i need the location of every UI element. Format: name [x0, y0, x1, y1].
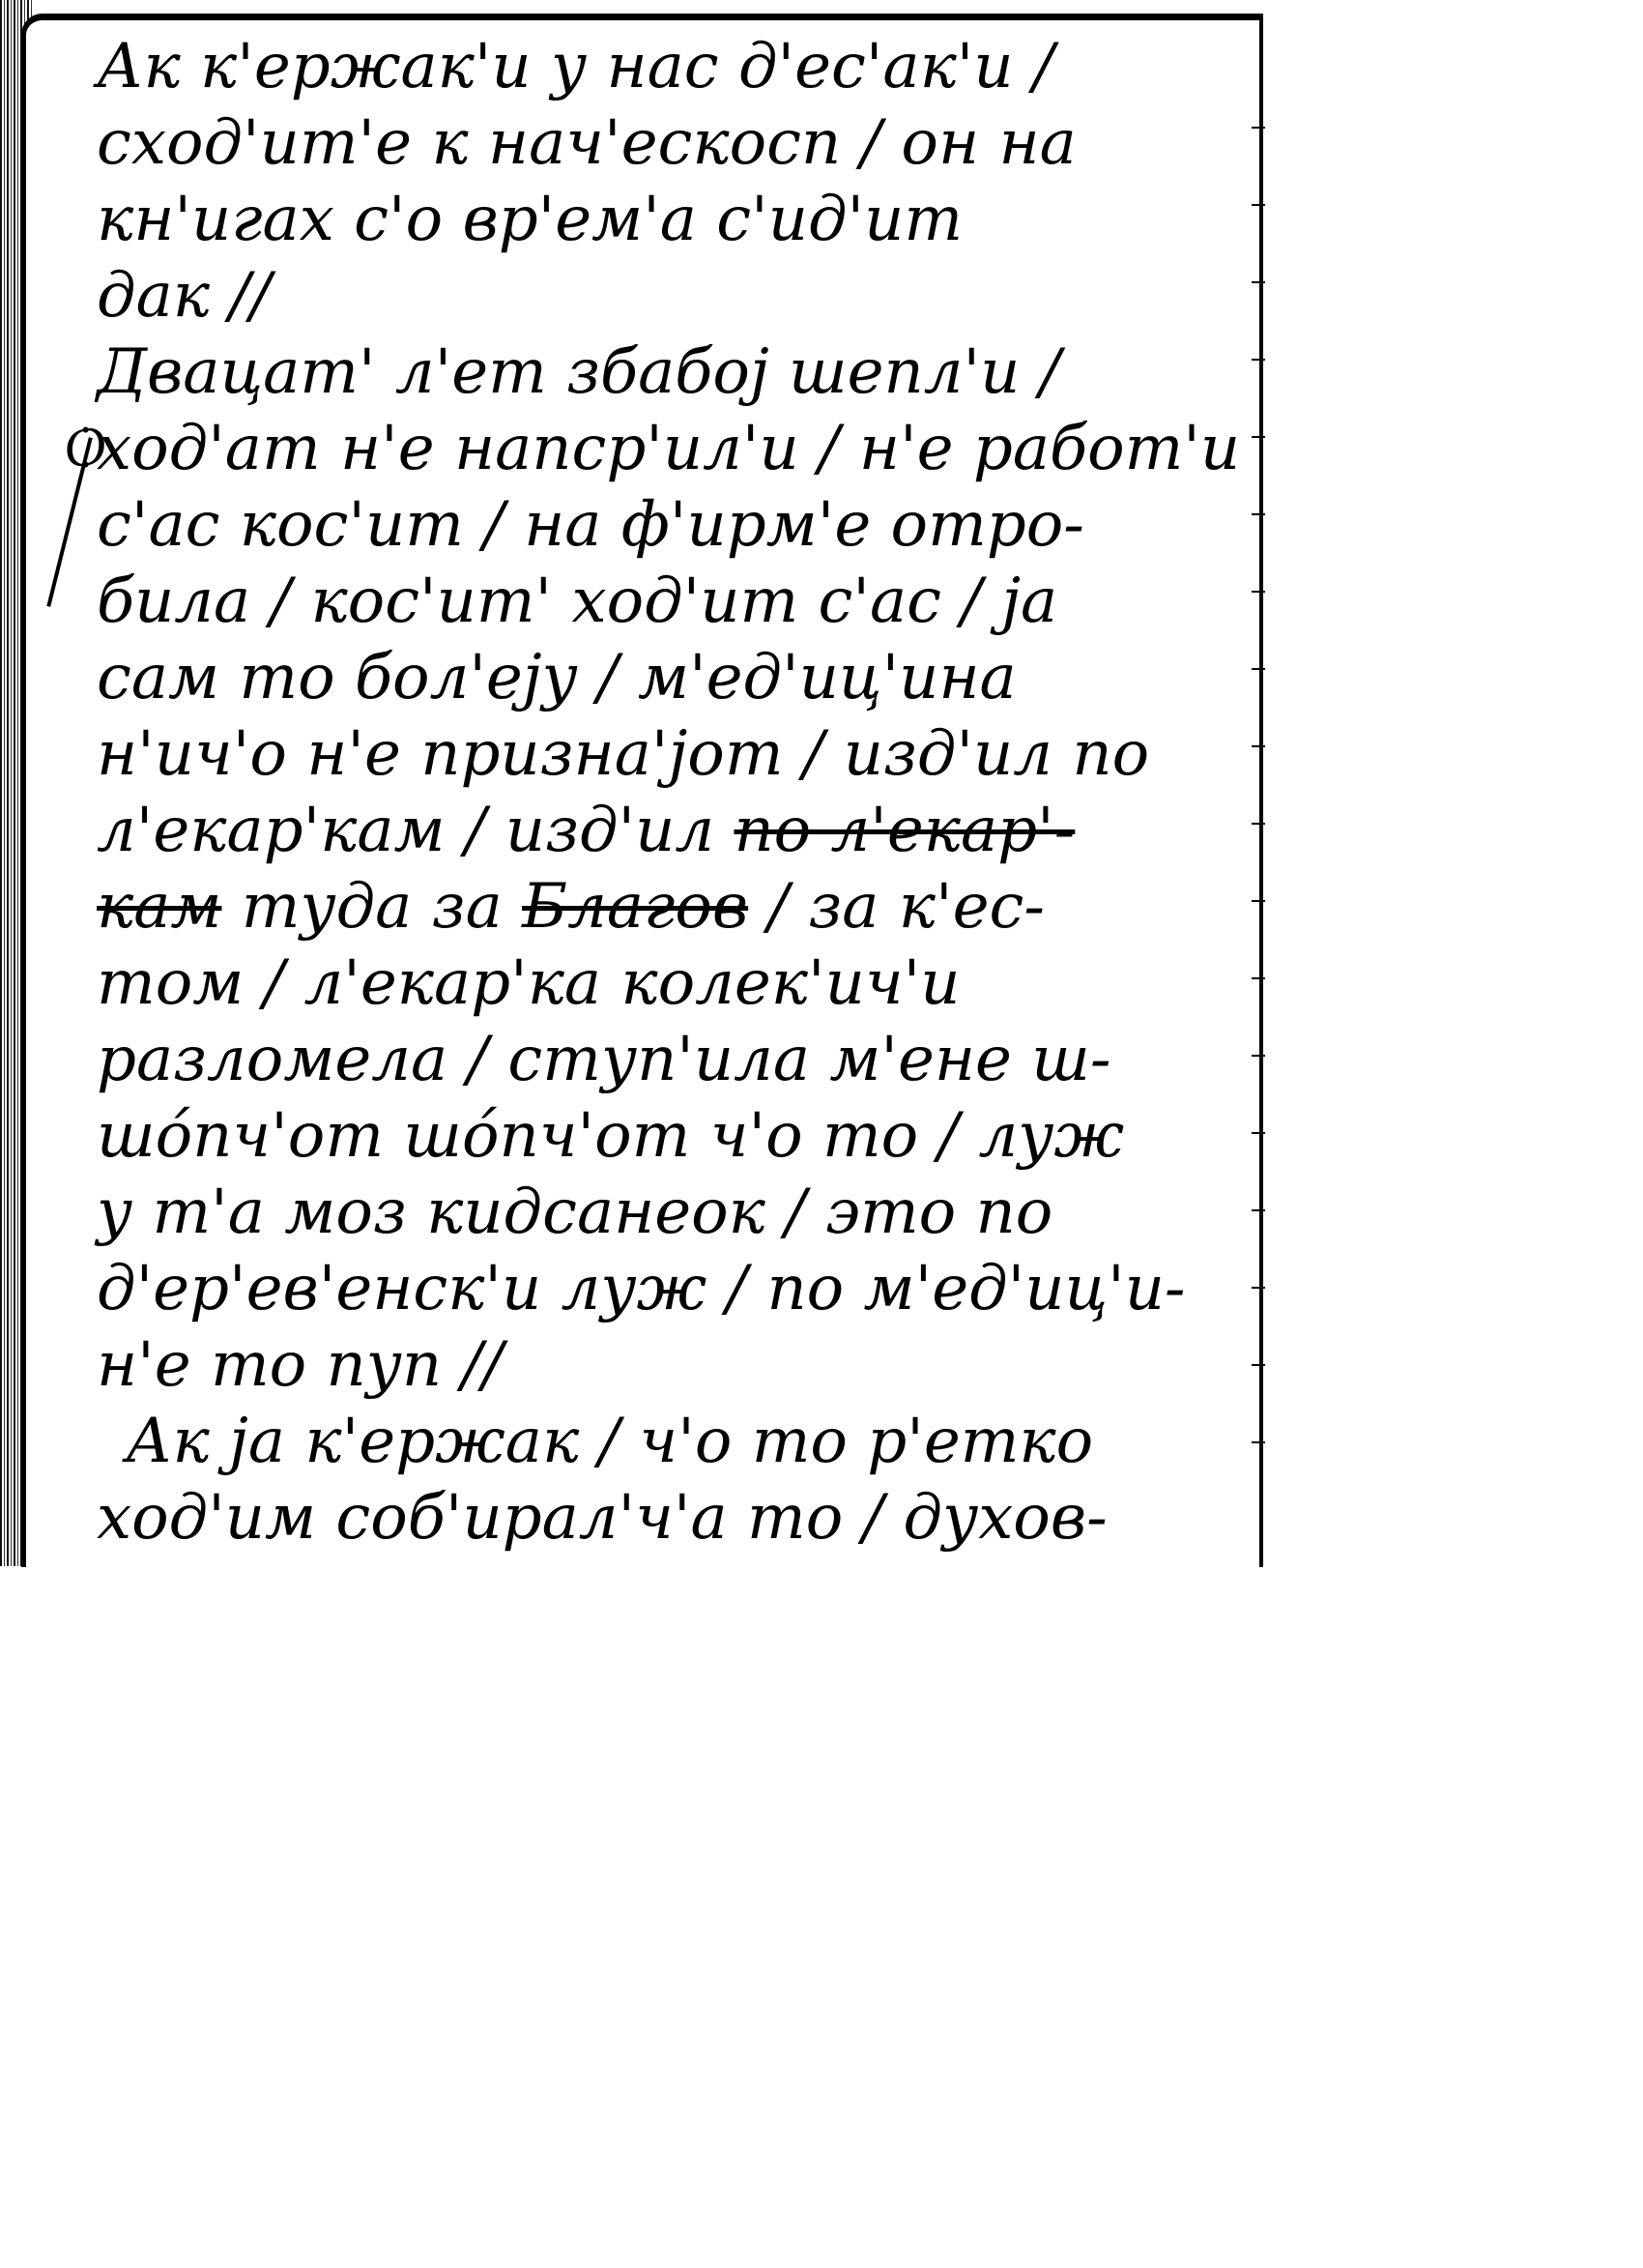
- text-fragment: / за к'ес-: [748, 871, 1045, 943]
- text-line: ход'им соб'ирал'ч'а то / духов-: [97, 1480, 1237, 1556]
- margin-tick: [1252, 668, 1265, 670]
- text-line: Ак ја к'ержак / ч'о то р'етко: [97, 1404, 1237, 1480]
- text-line: н'е то пуп //: [97, 1327, 1237, 1404]
- margin-tick: [1252, 204, 1265, 206]
- text-fragment: л'екар'кам / изд'ил: [97, 795, 734, 866]
- text-line: била / кос'ит' ход'ит с'ас / ја: [97, 564, 1237, 640]
- text-line: л'екар'кам / изд'ил по л'екар'-: [97, 793, 1237, 869]
- margin-tick: [1252, 281, 1265, 283]
- margin-tick: [1252, 1287, 1265, 1289]
- margin-tick: [1252, 1055, 1265, 1057]
- text-line: кам туда за Благов / за к'ес-: [97, 869, 1237, 945]
- text-line: Двацат' л'ет збабој шепл'и /: [97, 334, 1237, 411]
- text-line: Ак к'ержак'и у нас д'ес'ак'и /: [97, 29, 1237, 105]
- text-line: д'ер'ев'енск'и луж / по м'ед'иц'и-: [97, 1251, 1237, 1327]
- margin-tick: [1252, 436, 1265, 438]
- text-line: сход'ит'е к нач'ескосп / он на: [97, 105, 1237, 182]
- struck-text: кам: [97, 871, 221, 943]
- text-line: разломела / ступ'ила м'ене ш-: [97, 1022, 1237, 1098]
- text-line: шо́пч'от шо́пч'от ч'о то / луж: [97, 1098, 1237, 1175]
- text-line: ход'ат н'е напср'ил'и / н'е работ'и: [97, 411, 1237, 487]
- margin-tick: [1252, 1441, 1265, 1443]
- handwritten-text: Ак к'ержак'и у нас д'ес'ак'и / сход'ит'е…: [97, 29, 1237, 1556]
- text-line: кн'игах с'о вр'ем'а с'ид'ит: [97, 182, 1237, 258]
- struck-text: по л'екар'-: [734, 795, 1075, 866]
- text-line: сам то бол'еју / м'ед'иц'ина: [97, 640, 1237, 716]
- text-fragment: туда за: [221, 871, 522, 943]
- margin-tick: [1252, 823, 1265, 825]
- struck-text: Благов: [522, 871, 748, 943]
- margin-tick: [1252, 1364, 1265, 1366]
- text-line: с'ас кос'ит / на ф'ирм'е отро-: [97, 487, 1237, 564]
- margin-tick: [1252, 900, 1265, 902]
- margin-tick: [1252, 977, 1265, 979]
- margin-tick: [1252, 359, 1265, 361]
- margin-tick: [1252, 745, 1265, 747]
- text-line: н'ич'о н'е призна'јот / изд'ил по: [97, 716, 1237, 793]
- margin-tick: [1252, 127, 1265, 129]
- margin-tick: [1252, 1132, 1265, 1134]
- margin-tick: [1252, 1209, 1265, 1211]
- margin-tick: [1252, 591, 1265, 593]
- text-line: дак //: [97, 258, 1237, 334]
- margin-tick: [1252, 513, 1265, 515]
- text-line: у т'а моз кидсанеок / это по: [97, 1175, 1237, 1251]
- text-line: том / л'екар'ка колек'ич'и: [97, 945, 1237, 1022]
